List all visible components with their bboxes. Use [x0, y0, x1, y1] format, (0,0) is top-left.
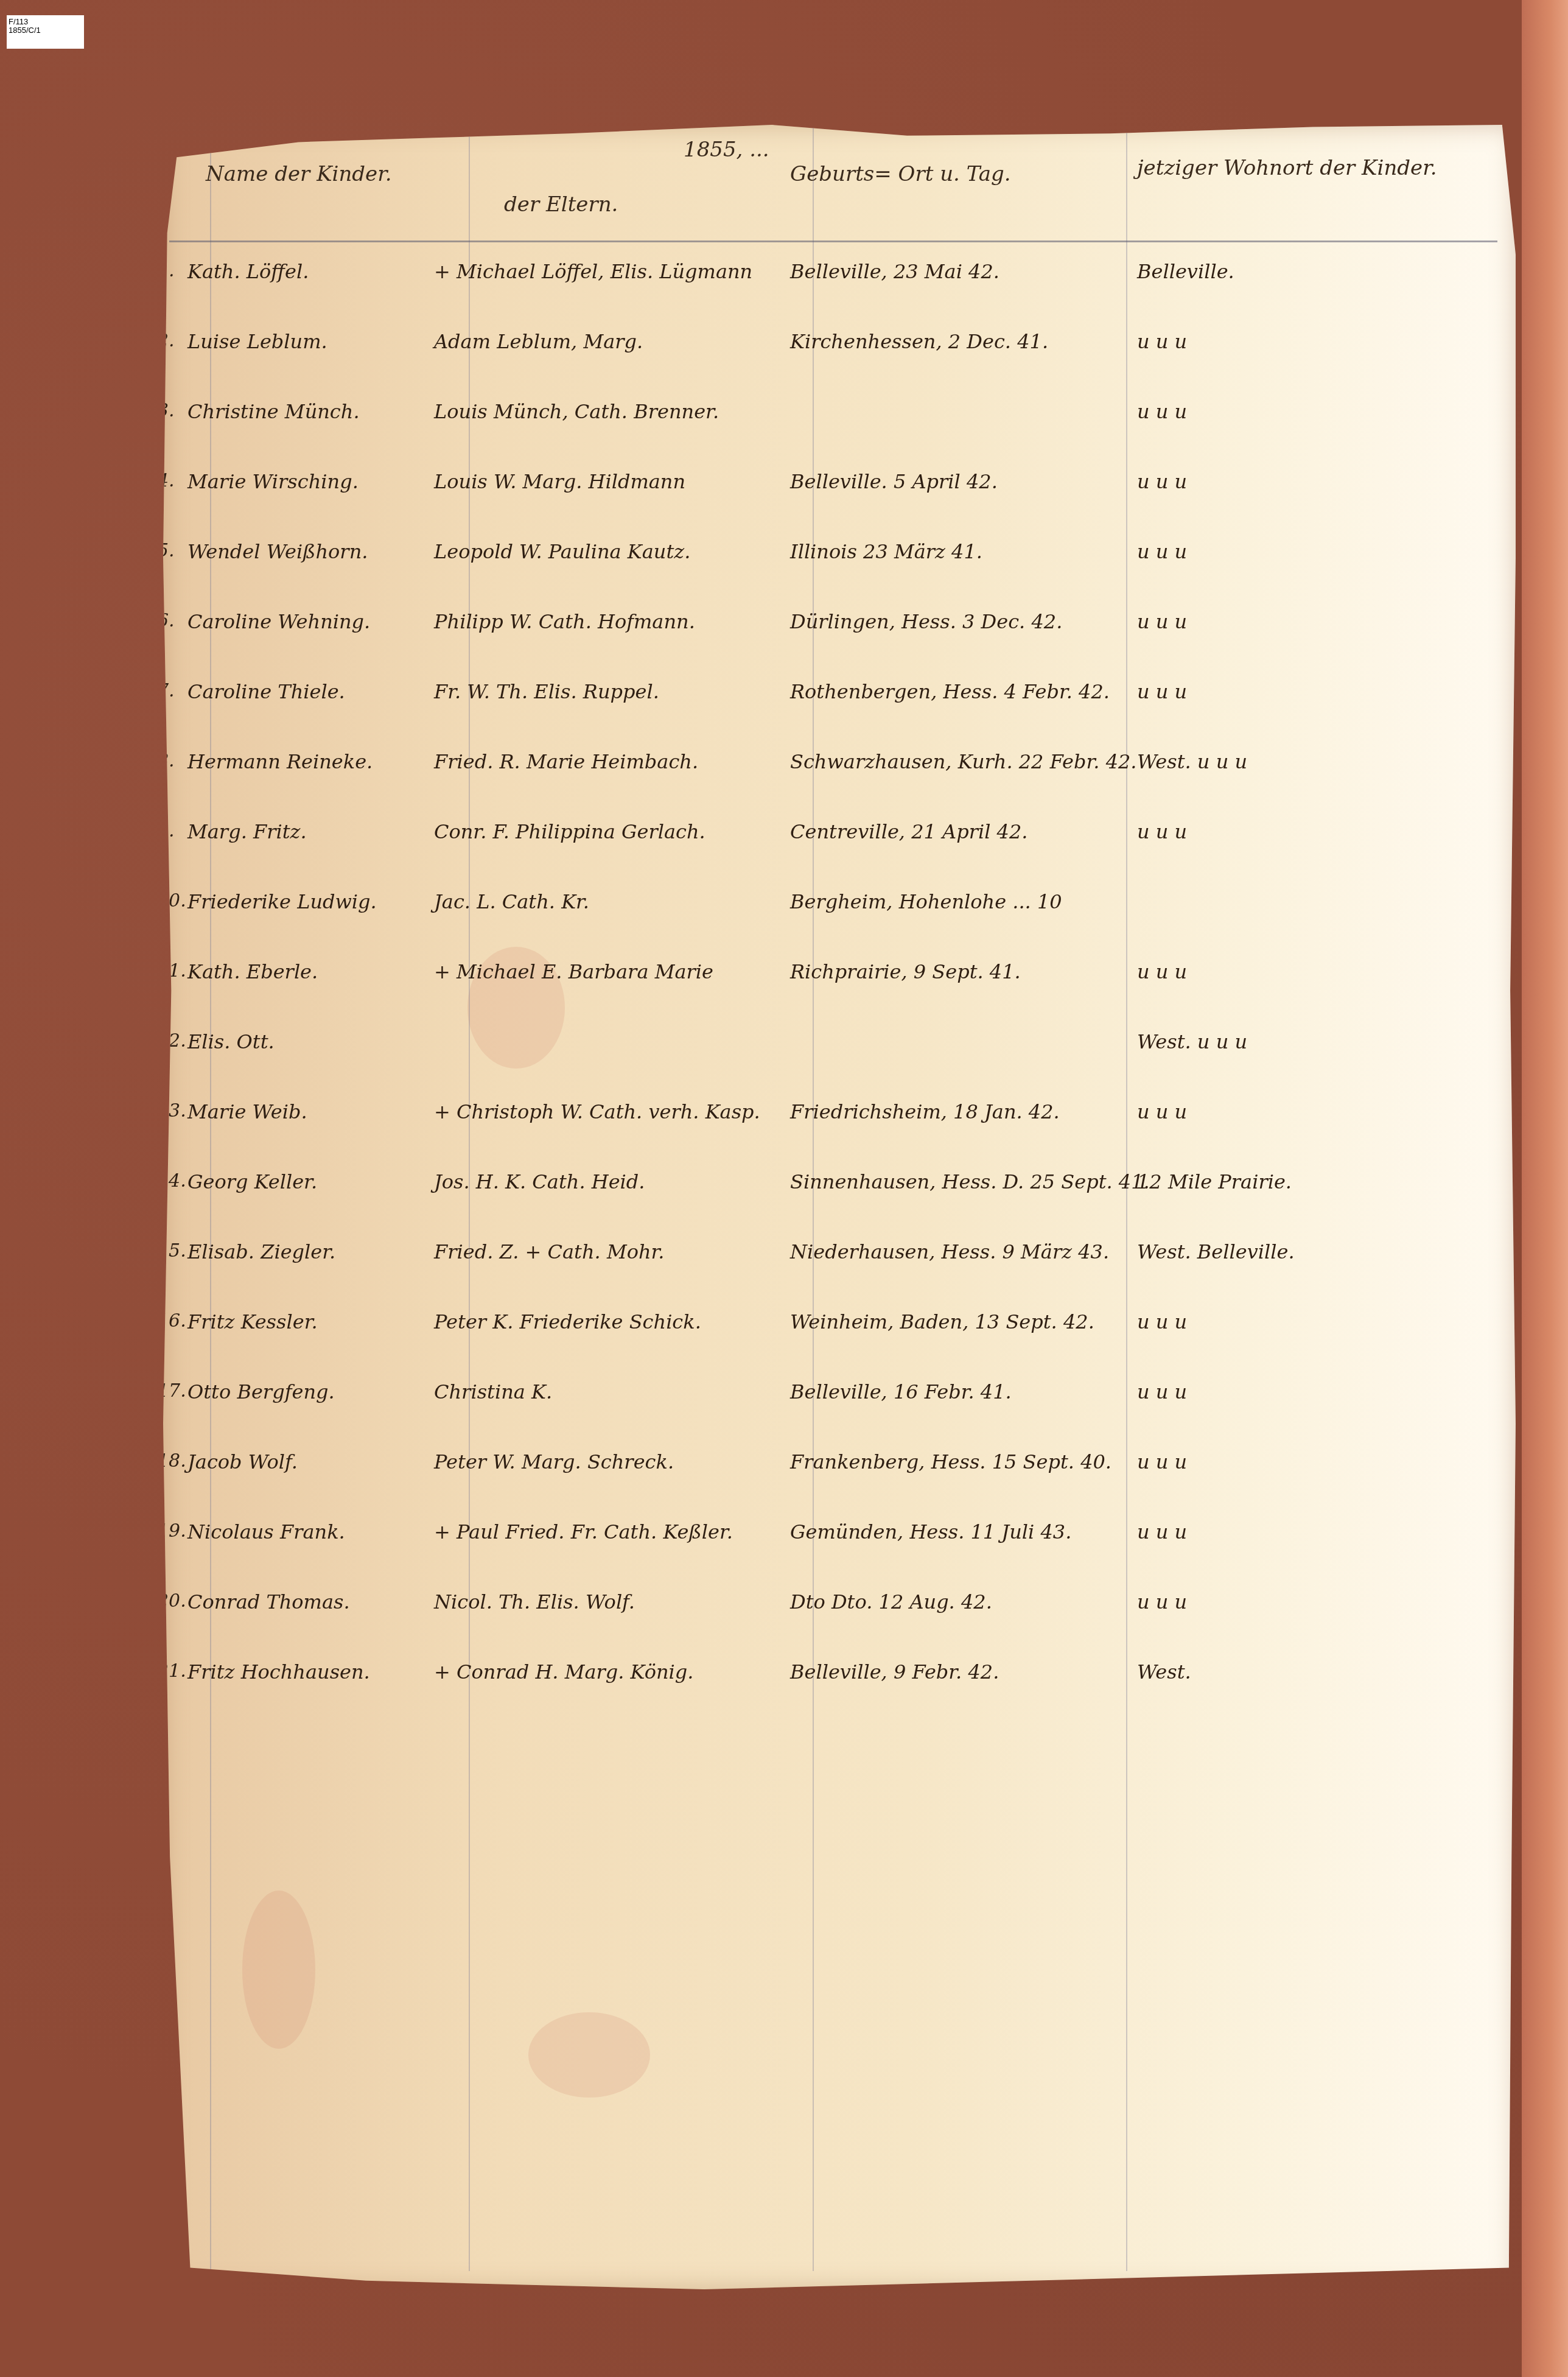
child-name: Otto Bergfeng.: [187, 1380, 335, 1403]
residence: u u u: [1137, 1590, 1187, 1613]
birth-place-date: Sinnenhausen, Hess. D. 25 Sept. 41.: [790, 1170, 1150, 1193]
table-row: 10. Friederike Ludwig. Jac. L. Cath. Kr.…: [163, 890, 1516, 939]
parents: + Michael Löffel, Elis. Lügmann: [434, 260, 752, 283]
parents: Louis Münch, Cath. Brenner.: [434, 400, 719, 423]
child-name: Marg. Fritz.: [187, 820, 307, 843]
archive-reference-label: F/113 1855/C/1: [7, 15, 84, 49]
birth-place-date: Frankenberg, Hess. 15 Sept. 40.: [790, 1450, 1111, 1473]
table-row: 20. Conrad Thomas. Nicol. Th. Elis. Wolf…: [163, 1590, 1516, 1639]
birth-place-date: Niederhausen, Hess. 9 März 43.: [790, 1240, 1109, 1263]
child-name: Caroline Wehning.: [187, 610, 370, 633]
table-row: 15. Elisab. Ziegler. Fried. Z. + Cath. M…: [163, 1240, 1516, 1289]
table-row: 14. Georg Keller. Jos. H. K. Cath. Heid.…: [163, 1170, 1516, 1219]
archive-ref-line1: F/113: [9, 18, 82, 26]
child-name: Fritz Hochhausen.: [187, 1660, 370, 1684]
table-row: 8. Hermann Reineke. Fried. R. Marie Heim…: [163, 750, 1516, 799]
register-page: 1855, ... Name der Kinder. der Eltern. G…: [163, 125, 1516, 2289]
child-name: Kath. Eberle.: [187, 960, 318, 983]
parents: Louis W. Marg. Hildmann: [434, 470, 685, 493]
parents: Fried. Z. + Cath. Mohr.: [434, 1240, 664, 1263]
child-name: Conrad Thomas.: [187, 1590, 350, 1613]
child-name: Elis. Ott.: [187, 1030, 275, 1053]
child-name: Hermann Reineke.: [187, 750, 373, 773]
parents: + Paul Fried. Fr. Cath. Keßler.: [434, 1520, 733, 1543]
birth-place-date: Centreville, 21 April 42.: [790, 820, 1028, 843]
child-name: Fritz Kessler.: [187, 1310, 318, 1333]
child-name: Elisab. Ziegler.: [187, 1240, 335, 1263]
parents: Peter K. Friederike Schick.: [434, 1310, 701, 1333]
table-row: 9. Marg. Fritz. Conr. F. Philippina Gerl…: [163, 820, 1516, 869]
child-name: Kath. Löffel.: [187, 260, 309, 283]
child-name: Jacob Wolf.: [187, 1450, 298, 1473]
birth-place-date: Belleville. 5 April 42.: [790, 470, 998, 493]
parents: Jac. L. Cath. Kr.: [434, 890, 589, 913]
birth-place-date: Belleville, 23 Mai 42.: [790, 260, 999, 283]
birth-place-date: Belleville, 9 Febr. 42.: [790, 1660, 999, 1684]
child-name: Marie Weib.: [187, 1100, 307, 1123]
parents: Fr. W. Th. Elis. Ruppel.: [434, 680, 659, 703]
parents: Jos. H. K. Cath. Heid.: [434, 1170, 645, 1193]
residence: u u u: [1137, 1450, 1187, 1473]
parents: + Michael E. Barbara Marie: [434, 960, 713, 983]
table-row: 16. Fritz Kessler. Peter K. Friederike S…: [163, 1310, 1516, 1359]
residence: West.: [1137, 1660, 1191, 1684]
header-rule: [169, 241, 1497, 242]
birth-place-date: Dürlingen, Hess. 3 Dec. 42.: [790, 610, 1062, 633]
child-name: Wendel Weißhorn.: [187, 540, 368, 563]
table-row: 11. Kath. Eberle. + Michael E. Barbara M…: [163, 960, 1516, 1009]
residence: u u u: [1137, 1380, 1187, 1403]
archive-ref-line2: 1855/C/1: [9, 26, 82, 35]
table-row: 21. Fritz Hochhausen. + Conrad H. Marg. …: [163, 1660, 1516, 1709]
residence: u u u: [1137, 1100, 1187, 1123]
birth-place-date: Bergheim, Hohenlohe ... 10: [790, 890, 1062, 913]
child-name: Luise Leblum.: [187, 330, 327, 353]
birth-place-date: Gemünden, Hess. 11 Juli 43.: [790, 1520, 1071, 1543]
birth-place-date: Friedrichsheim, 18 Jan. 42.: [790, 1100, 1060, 1123]
table-row: 3. Christine Münch. Louis Münch, Cath. B…: [163, 400, 1516, 449]
table-row: 19. Nicolaus Frank. + Paul Fried. Fr. Ca…: [163, 1520, 1516, 1569]
table-row: 13. Marie Weib. + Christoph W. Cath. ver…: [163, 1100, 1516, 1149]
residence: West. Belleville.: [1137, 1240, 1295, 1263]
child-name: Nicolaus Frank.: [187, 1520, 345, 1543]
table-row: 18. Jacob Wolf. Peter W. Marg. Schreck. …: [163, 1450, 1516, 1499]
table-row: 2. Luise Leblum. Adam Leblum, Marg. Kirc…: [163, 330, 1516, 379]
birth-place-date: Richprairie, 9 Sept. 41.: [790, 960, 1021, 983]
parents: Nicol. Th. Elis. Wolf.: [434, 1590, 635, 1613]
residence: u u u: [1137, 960, 1187, 983]
table-row: 17. Otto Bergfeng. Christina K. Bellevil…: [163, 1380, 1516, 1429]
residence: Belleville.: [1137, 260, 1234, 283]
parents: Adam Leblum, Marg.: [434, 330, 643, 353]
table-row: 7. Caroline Thiele. Fr. W. Th. Elis. Rup…: [163, 680, 1516, 729]
table-row: 5. Wendel Weißhorn. Leopold W. Paulina K…: [163, 540, 1516, 589]
table-row: 1. Kath. Löffel. + Michael Löffel, Elis.…: [163, 260, 1516, 309]
parents: Philipp W. Cath. Hofmann.: [434, 610, 695, 633]
parents: + Conrad H. Marg. König.: [434, 1660, 693, 1684]
birth-place-date: Kirchenhessen, 2 Dec. 41.: [790, 330, 1048, 353]
parents: + Christoph W. Cath. verh. Kasp.: [434, 1100, 760, 1123]
birth-place-date: Belleville, 16 Febr. 41.: [790, 1380, 1012, 1403]
header-residence: jetziger Wohnort der Kinder.: [1137, 155, 1478, 181]
residence: u u u: [1137, 820, 1187, 843]
table-row: 6. Caroline Wehning. Philipp W. Cath. Ho…: [163, 610, 1516, 659]
residence: u u u: [1137, 470, 1187, 493]
residence: u u u: [1137, 400, 1187, 423]
residence: u u u: [1137, 330, 1187, 353]
residence: u u u: [1137, 1310, 1187, 1333]
residence: West. u u u: [1137, 1030, 1247, 1053]
residence: West. u u u: [1137, 750, 1247, 773]
residence: u u u: [1137, 1520, 1187, 1543]
header-name: Name der Kinder.: [206, 161, 407, 187]
residence: u u u: [1137, 680, 1187, 703]
child-name: Christine Münch.: [187, 400, 360, 423]
birth-place-date: Schwarzhausen, Kurh. 22 Febr. 42.: [790, 750, 1137, 773]
top-note: 1855, ...: [684, 137, 769, 163]
parents: Christina K.: [434, 1380, 552, 1403]
header-birth: Geburts= Ort u. Tag.: [790, 161, 1046, 187]
birth-place-date: Weinheim, Baden, 13 Sept. 42.: [790, 1310, 1094, 1333]
child-name: Georg Keller.: [187, 1170, 317, 1193]
child-name: Friederike Ludwig.: [187, 890, 377, 913]
residence: u u u: [1137, 610, 1187, 633]
residence: u u u: [1137, 540, 1187, 563]
child-name: Caroline Thiele.: [187, 680, 345, 703]
parents: Conr. F. Philippina Gerlach.: [434, 820, 705, 843]
birth-place-date: Rothenbergen, Hess. 4 Febr. 42.: [790, 680, 1110, 703]
parents: Peter W. Marg. Schreck.: [434, 1450, 674, 1473]
child-name: Marie Wirsching.: [187, 470, 359, 493]
stain: [242, 1891, 315, 2049]
residence: 12 Mile Prairie.: [1137, 1170, 1292, 1193]
header-parents: der Eltern.: [504, 192, 618, 217]
birth-place-date: Dto Dto. 12 Aug. 42.: [790, 1590, 992, 1613]
table-row: 4. Marie Wirsching. Louis W. Marg. Hildm…: [163, 470, 1516, 519]
parents: Leopold W. Paulina Kautz.: [434, 540, 690, 563]
stain: [528, 2012, 650, 2098]
birth-place-date: Illinois 23 März 41.: [790, 540, 982, 563]
table-row: 12. Elis. Ott. West. u u u: [163, 1030, 1516, 1079]
backing-edge: [1522, 0, 1568, 2377]
parents: Fried. R. Marie Heimbach.: [434, 750, 698, 773]
